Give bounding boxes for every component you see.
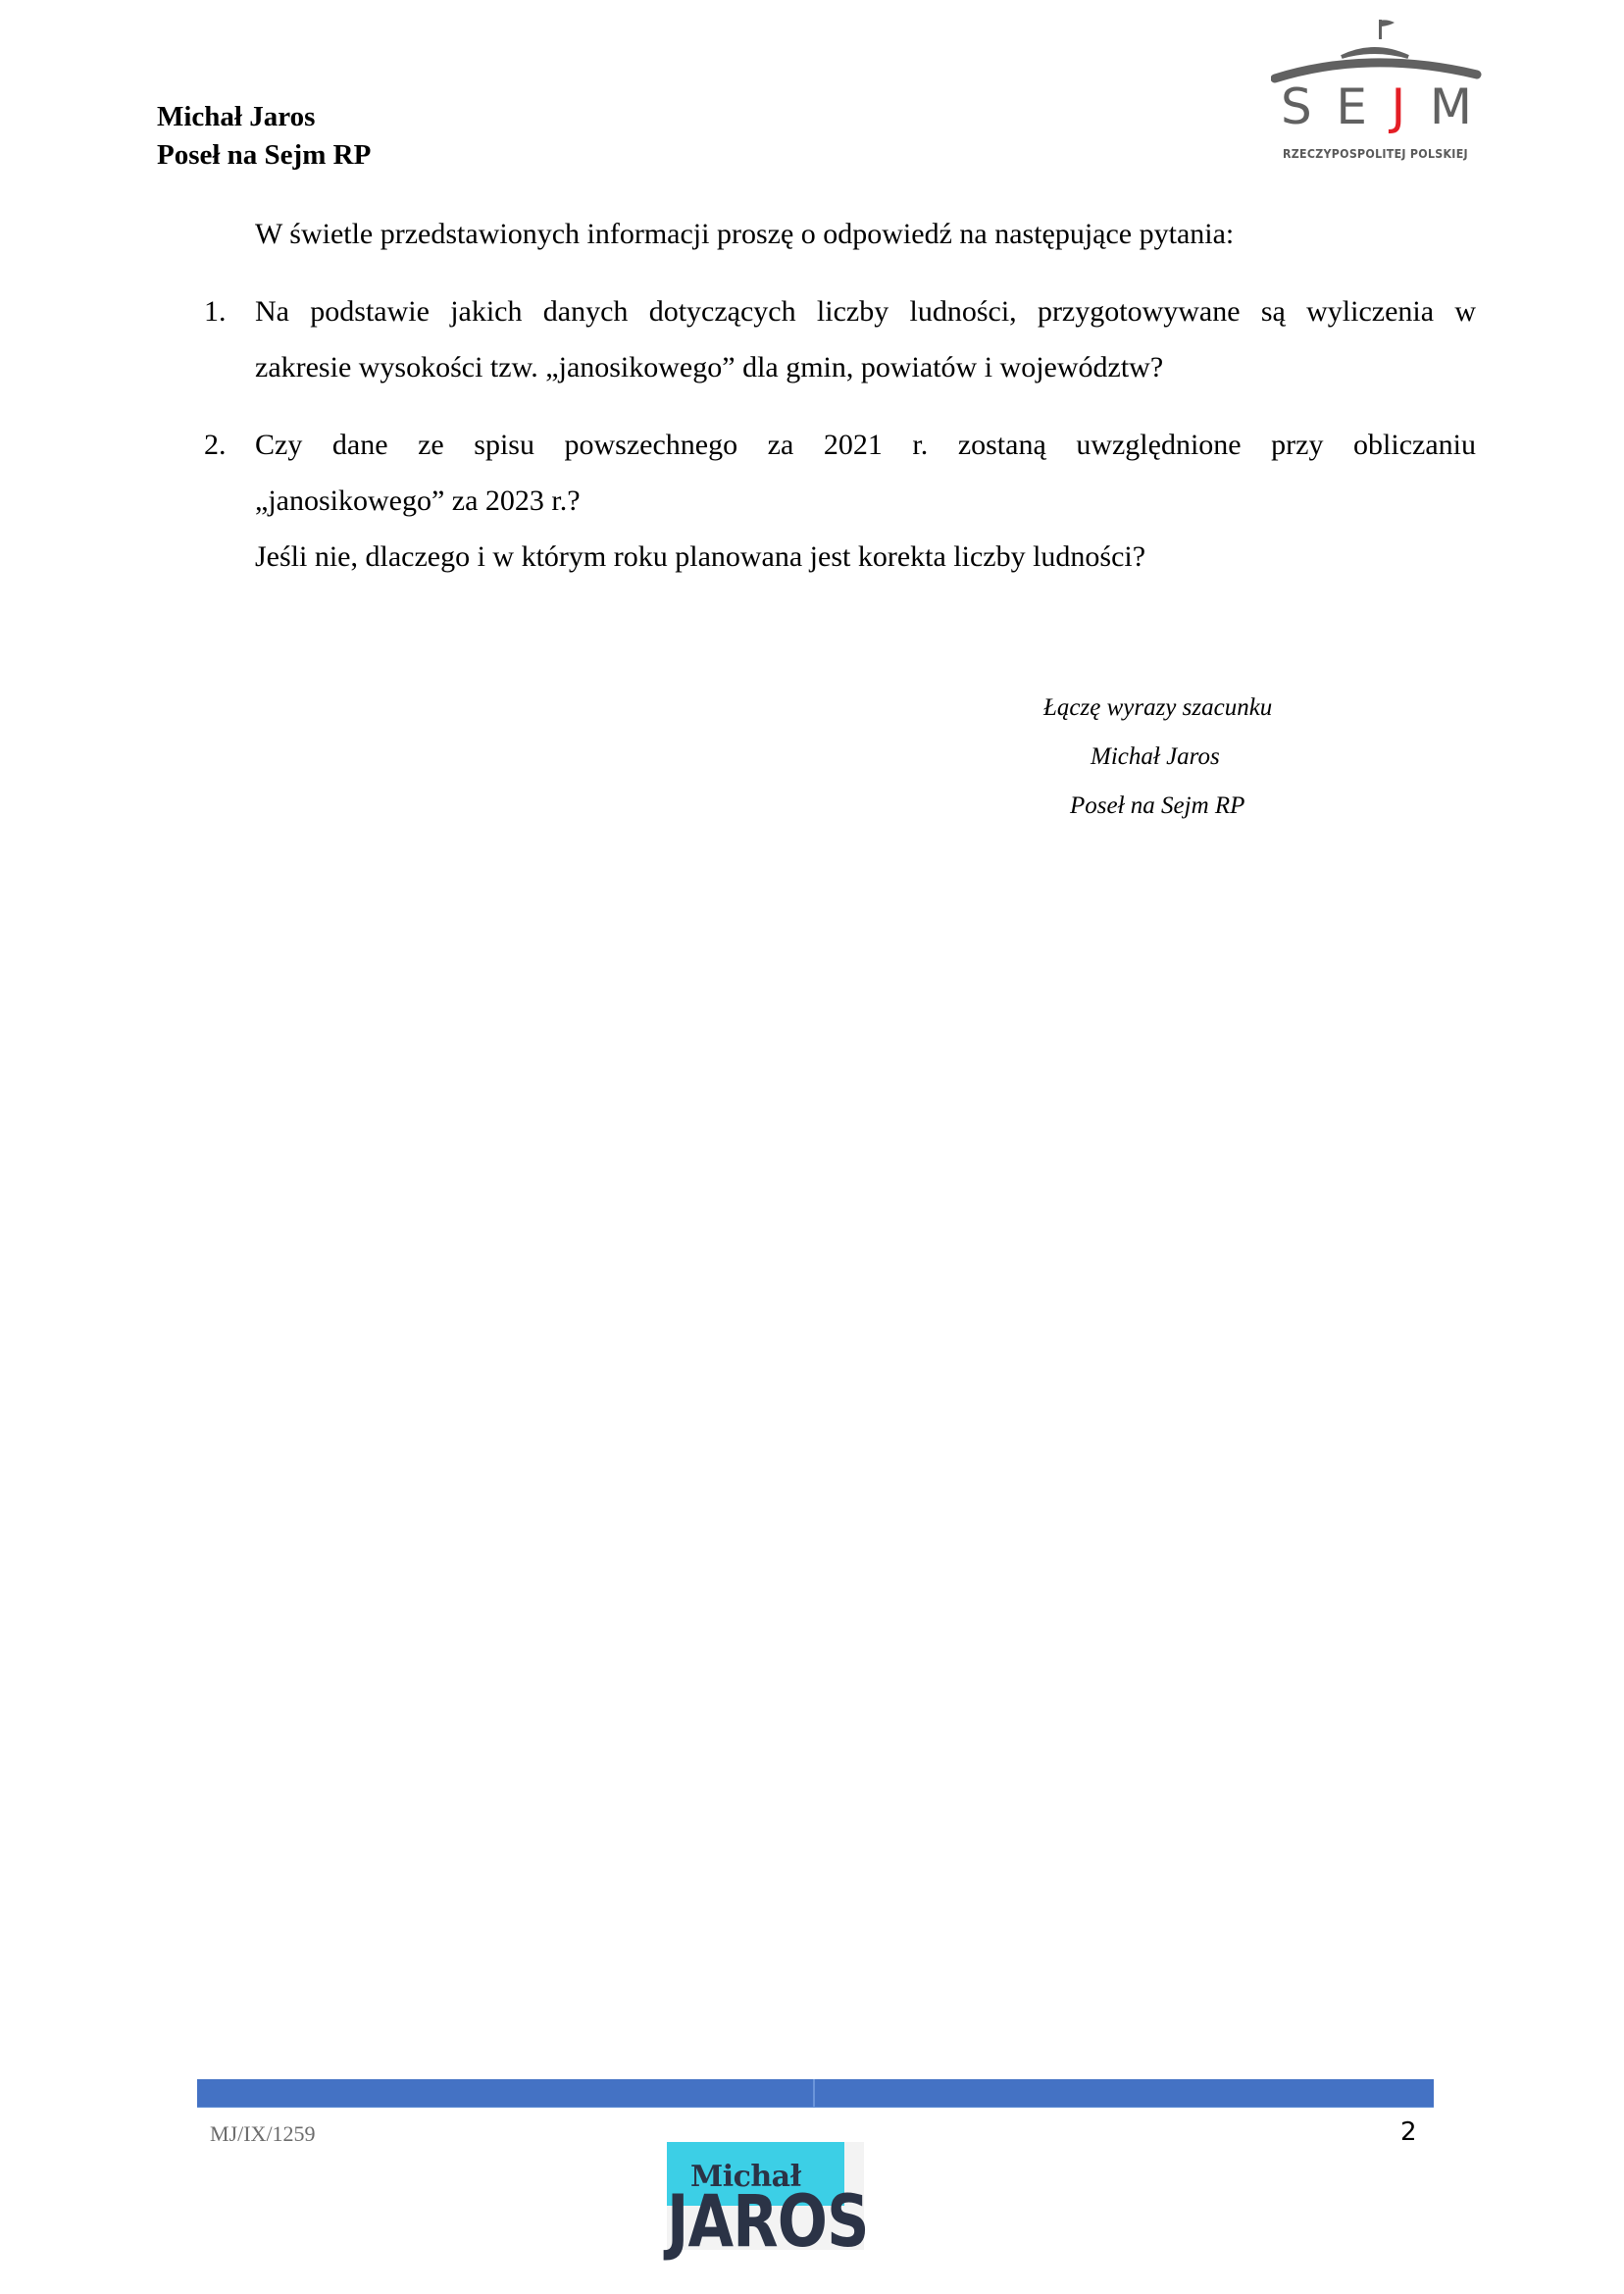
intro-paragraph: W świetle przedstawionych informacji pro… [255, 217, 1234, 252]
jaros-logo: Michał JAROS [667, 2142, 868, 2255]
footer-bar-divider [813, 2079, 815, 2107]
page-number: 2 [1400, 2117, 1417, 2147]
sejm-subtitle: RZECZYPOSPOLITEJ POLSKIEJ [1283, 147, 1468, 161]
sejm-letter-e: E [1336, 79, 1367, 134]
sejm-dome-icon [1271, 18, 1482, 86]
closing-greeting: Łączę wyrazy szacunku [1043, 693, 1272, 723]
question-1-line-1: Na podstawie jakich danych dotyczących l… [255, 294, 1476, 350]
sejm-letter-m: M [1430, 79, 1472, 134]
sejm-wordmark: S E J M [1281, 79, 1472, 134]
sejm-logo: S E J M RZECZYPOSPOLITEJ POLSKIEJ [1271, 18, 1482, 170]
question-2-line-2: „janosikowego” za 2023 r.? [255, 484, 1476, 539]
sejm-letter-s: S [1281, 79, 1312, 134]
question-2-number: 2. [204, 428, 243, 463]
question-2-line-1: Czy dane ze spisu powszechnego za 2021 r… [255, 428, 1476, 484]
footer-bar [197, 2079, 1434, 2108]
letter-header-author: Michał Jaros Poseł na Sejm RP [157, 98, 371, 175]
signature-name: Michał Jaros [1091, 742, 1220, 772]
question-1-number: 1. [204, 294, 243, 330]
question-1-line-2: zakresie wysokości tzw. „janosikowego” d… [255, 350, 1476, 406]
question-1: Na podstawie jakich danych dotyczących l… [255, 294, 1476, 406]
sejm-letter-j: J [1392, 79, 1406, 134]
jaros-logo-last-name: JAROS [667, 2185, 869, 2258]
author-title: Poseł na Sejm RP [157, 136, 371, 175]
document-reference: MJ/IX/1259 [210, 2121, 316, 2147]
author-name: Michał Jaros [157, 98, 371, 136]
signature-title: Poseł na Sejm RP [1070, 791, 1244, 821]
question-2: Czy dane ze spisu powszechnego za 2021 r… [255, 428, 1476, 575]
question-2-line-3: Jeśli nie, dlaczego i w którym roku plan… [255, 539, 1476, 575]
